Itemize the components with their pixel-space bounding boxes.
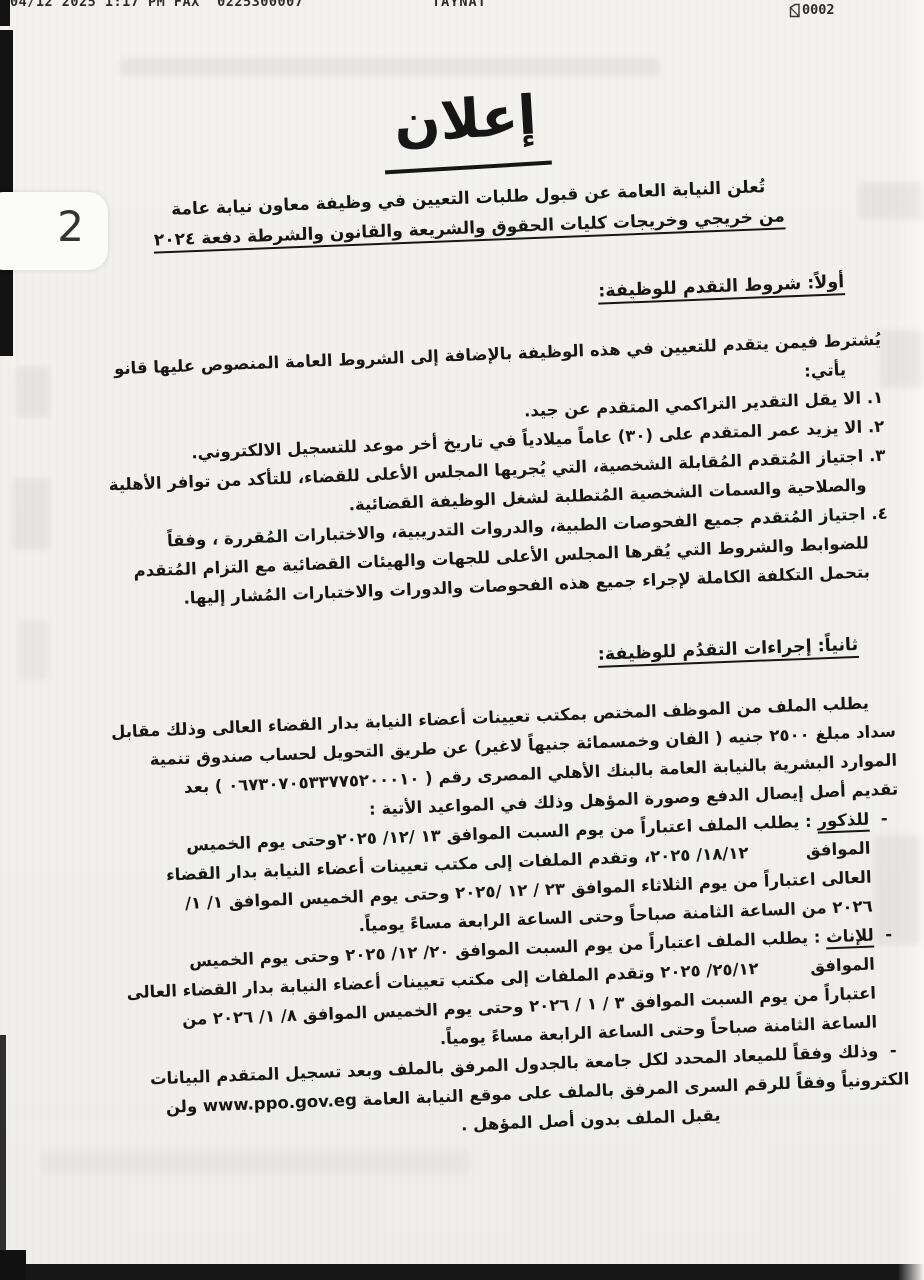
females-label: للإناث — [826, 926, 875, 950]
scanned-document-page: 04/12 2025 1:17 PM FAX 0225300007 TAYNAT… — [0, 0, 924, 1280]
fax-header: 04/12 2025 1:17 PM FAX 0225300007 TAYNAT… — [0, 0, 924, 18]
scan-edge-artifact — [0, 266, 13, 356]
scan-edge-artifact — [0, 1035, 6, 1280]
page-icon — [788, 3, 801, 18]
section1-heading: أولاً: شروط التقدم للوظيفة: — [598, 272, 845, 304]
scan-edge-artifact — [0, 30, 13, 196]
scan-ghost-artifact — [16, 366, 50, 418]
bullet-dash: - — [873, 919, 907, 1036]
scan-ghost-artifact — [18, 620, 48, 680]
fax-timestamp: 04/12 2025 1:17 PM FAX 0225300007 — [10, 0, 303, 10]
scan-edge-artifact — [0, 1250, 26, 1280]
scan-ghost-artifact — [40, 1150, 470, 1174]
fax-page-counter: 0002 — [802, 2, 835, 18]
scan-edge-artifact — [0, 1264, 924, 1280]
scan-edge-artifact — [0, 0, 10, 26]
fax-page-counter-group: 0002 — [788, 2, 835, 18]
scan-ghost-artifact — [880, 330, 922, 388]
document-title: إعلان — [379, 69, 551, 175]
bullet-dash: - — [869, 803, 903, 920]
section2-heading: ثانياً: إجراءات التقدُم للوظيفة: — [597, 635, 858, 668]
document-body: إعلان تُعلن النيابة العامة عن قبول طلبات… — [57, 56, 911, 1153]
scan-ghost-artifact — [12, 478, 50, 550]
fax-station-name: TAYNAT — [432, 0, 487, 10]
males-label: للذكور — [817, 810, 870, 834]
